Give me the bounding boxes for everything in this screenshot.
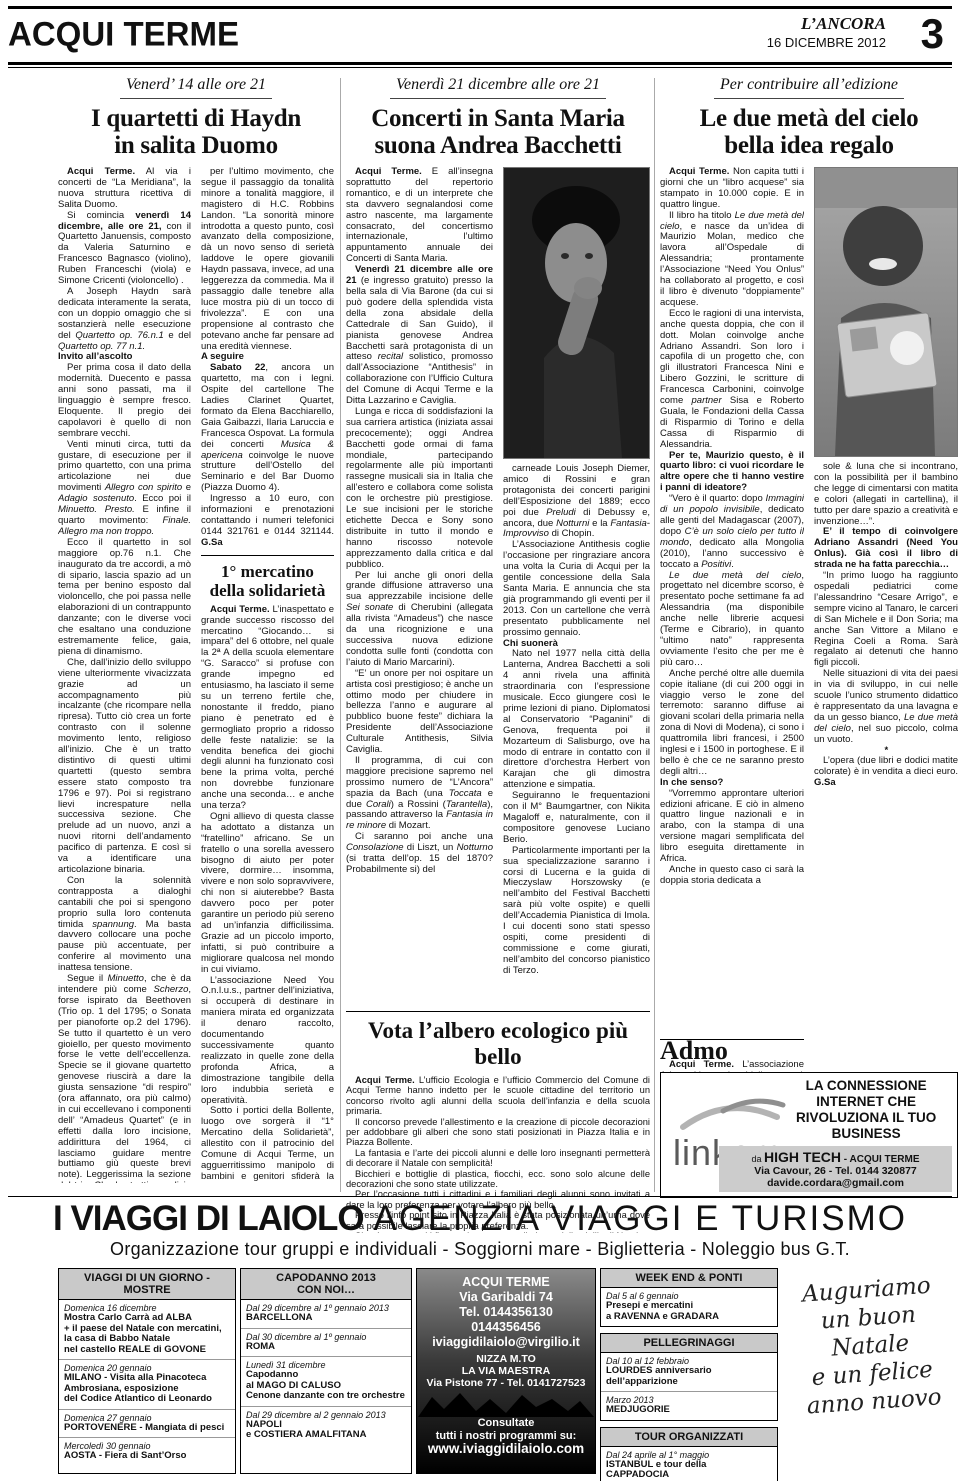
office-acqui: ACQUI TERMEVia Garibaldi 74Tel. 01443561… <box>417 1269 595 1350</box>
dealer-email: davide.cordara@gmail.com <box>723 1177 948 1189</box>
capodanno-header: CAPODANNO 2013CON NOI… <box>241 1269 411 1300</box>
dealer-address: Via Cavour, 26 - Tel. 0144 320877 <box>723 1165 948 1177</box>
weekend-box: WEEK END & PONTI Dal 5 al 6 gennaioPrese… <box>600 1268 778 1327</box>
page-number: 3 <box>921 10 944 58</box>
paragraph: Si comincia venerdì 14 dicembre, alle or… <box>58 211 191 287</box>
pellegrinaggi-list: Dal 10 al 12 febbraioLOURDES anniversari… <box>601 1353 777 1420</box>
cielo-column-2: sole & luna che si incontrano, con la po… <box>814 167 958 1083</box>
paragraph: E’ il tempo di coinvolgere Adriano Assan… <box>814 527 958 571</box>
tour-list: Dal 24 aprile al 1° maggioISTANBUL e tou… <box>601 1447 777 1481</box>
paragraph: Segue il Minuetto, che è da intendere pi… <box>58 974 191 1183</box>
trip-date: Dal 30 dicembre al 1º gennaio <box>246 1332 406 1342</box>
trip-item: Domenica 16 dicembreMostra Carlo Carrà a… <box>59 1300 235 1359</box>
paragraph: Il libro ha titolo Le due metà del cielo… <box>660 211 804 309</box>
newspaper-page: ACQUI TERME L’ANCORA 16 DICEMBRE 2012 3 … <box>0 0 960 1481</box>
linkem-ad[interactable]: linkem LA CONNESSIONE INTERNET CHE RIVOL… <box>660 1072 958 1198</box>
text-line: www.iviaggidilaiolo.com <box>417 1443 595 1456</box>
trip-item: Dal 30 dicembre al 1º gennaioROMA <box>241 1328 411 1357</box>
haydn-column-2: per l’ultimo movimento, che segue il pas… <box>201 167 334 1183</box>
day-trips-header: VIAGGI DI UN GIORNO - MOSTRE <box>59 1269 235 1300</box>
text-line: Tel. 0144356130 <box>417 1305 595 1320</box>
day-trips-box: VIAGGI DI UN GIORNO - MOSTRE Domenica 16… <box>58 1268 236 1474</box>
paragraph: Ecco le ragioni di una intervista, anche… <box>660 309 804 451</box>
paragraph: La fantasia e l’arte dei piccoli alunni … <box>346 1148 650 1169</box>
paragraph: Acqui Terme. L’ufficio Ecologia e l’uffi… <box>346 1075 650 1117</box>
paragraph: Bicchieri e bottiglie di plastica, fiocc… <box>346 1169 650 1190</box>
header-rule-thick <box>8 62 952 65</box>
paragraph: Per lui anche gli onori della grande dif… <box>346 571 493 669</box>
paragraph: per l’ultimo movimento, che segue il pas… <box>201 167 334 352</box>
paragraph: Venti minuti circa, tutti da gustare, di… <box>58 440 191 538</box>
office-nizza: NIZZA M.TOLA VIA MAESTRAVia Pistone 77 -… <box>417 1353 595 1389</box>
headline-admo: Admo <box>660 1046 804 1057</box>
text-line: Via Garibaldi 74 <box>417 1290 595 1305</box>
trip-destination: MILANO - Visita alla Pinacoteca <box>64 1373 230 1384</box>
trip-item: Marzo 2013MEDJUGORIE <box>601 1391 777 1420</box>
paragraph: carneade Louis Joseph Diemer, amico di R… <box>503 464 650 540</box>
capodanno-box: CAPODANNO 2013CON NOI… Dal 29 dicembre a… <box>240 1268 412 1474</box>
paragraph: Acqui Terme. L’inaspettato e grande succ… <box>201 605 334 812</box>
trip-destination: Cenone danzante con tre orchestre <box>246 1391 406 1402</box>
pellegrinaggi-box: PELLEGRINAGGI Dal 10 al 12 febbraioLOURD… <box>600 1333 778 1421</box>
trip-destination: ROMA <box>246 1342 406 1353</box>
header-rule-thin <box>8 67 952 68</box>
kicker-haydn: Venerd’ 14 alle ore 21 <box>58 76 334 99</box>
text-line: in salita Duomo <box>58 132 334 159</box>
trip-date: Domenica 27 gennaio <box>64 1413 230 1423</box>
trip-destination: Capodanno <box>246 1370 406 1381</box>
text-line: 0144356456 <box>417 1320 595 1335</box>
laiolo-tagline: AGENZIA VIAGGI E TURISMO <box>364 1199 907 1238</box>
paragraph: Sabato 22, ancora un quartetto, ma con i… <box>201 363 334 494</box>
pellegrinaggi-header: PELLEGRINAGGI <box>601 1334 777 1353</box>
tour-header: TOUR ORGANIZZATI <box>601 1428 777 1447</box>
trip-destination: e COSTIERA AMALFITANA <box>246 1430 406 1441</box>
paragraph: Nelle situazioni di vita dei paesi in vi… <box>814 669 958 745</box>
paragraph: Acqui Terme. Al via i concerti de “La Me… <box>58 167 191 211</box>
cielo-column-1-text: Acqui Terme. Non capita tutti i giorni c… <box>660 167 804 1033</box>
text-line: I quartetti di Haydn <box>58 105 334 132</box>
paragraph: “Vero è il quarto: dopo Immagini di un p… <box>660 494 804 570</box>
paragraph: L’opera (due libri e dodici matite color… <box>814 756 958 789</box>
season-greeting: Auguriamoun buonNatalee un feliceanno nu… <box>779 1262 960 1422</box>
headline-cielo: Le due metà del cielobella idea regalo <box>660 105 958 159</box>
trip-destination: LOURDES anniversario dell’apparizione <box>606 1366 772 1387</box>
trip-item: Dal 10 al 12 febbraioLOURDES anniversari… <box>601 1353 777 1391</box>
paragraph: Venerdì 21 dicembre alle ore 21 (e ingre… <box>346 265 493 407</box>
mountains-graphic <box>418 1391 594 1417</box>
trip-item: Dal 29 dicembre al 1º gennaio 2013BARCEL… <box>241 1300 411 1328</box>
column-rule-right <box>654 78 655 1192</box>
trip-destination: a RAVENNA e GRADARA <box>606 1312 772 1323</box>
trip-destination: ISTANBUL e tour della CAPPADOCIA <box>606 1460 772 1481</box>
text-line: Via Pistone 77 - Tel. 0141727523 <box>417 1377 595 1389</box>
paragraph: Che, dall’inizio dello sviluppo viene ul… <box>58 658 191 876</box>
issue-date: 16 DICEMBRE 2012 <box>767 35 886 50</box>
paragraph: Lunga e ricca di soddisfazioni la sua ca… <box>346 407 493 571</box>
banner-rule <box>8 1196 952 1197</box>
trip-destination: Presepi e mercatini <box>606 1301 772 1312</box>
haydn-column-2-text: per l’ultimo movimento, che segue il pas… <box>201 167 334 549</box>
paragraph: Particolarmente importanti per la sua sp… <box>503 846 650 977</box>
trip-item: Lunedì 31 dicembreCapodannoal MAGO DI CA… <box>241 1356 411 1406</box>
paragraph: Anche perché oltre alle duemila copie it… <box>660 669 804 778</box>
paragraph: “Vorremmo approntare ulteriori edizioni … <box>660 789 804 865</box>
paragraph: Ogni allievo di questa classe ha adottat… <box>201 812 334 976</box>
trip-destination: del Codice Atlantico di Leonardo <box>64 1394 230 1405</box>
paragraph: Ci saranno poi anche una Consolazione di… <box>346 832 493 876</box>
paragraph: Seguiranno le frequentazioni con il M° B… <box>503 791 650 846</box>
paragraph: Per te, Maurizio questo, è il quarto lib… <box>660 451 804 495</box>
greeting-column: Auguriamoun buonNatalee un feliceanno nu… <box>784 1268 956 1474</box>
trip-destination: AOSTA - Fiera di Sant’Orso <box>64 1451 230 1462</box>
headline-bacchetti: Concerti in Santa Mariasuona Andrea Bacc… <box>346 105 650 159</box>
paper-name: L’ANCORA <box>767 14 886 34</box>
bacchetti-portrait-photo <box>503 167 650 459</box>
child-with-book-photo <box>814 167 958 457</box>
dealer-name: da HIGH TECH - ACQUI TERME <box>723 1149 948 1165</box>
text-line: CON NOI… <box>243 1284 409 1296</box>
paragraph: Le due metà del cielo, progettato nel di… <box>660 571 804 669</box>
text-line: ACQUI TERME <box>417 1275 595 1290</box>
paragraph: L’associazione Need You O.n.l.u.s., part… <box>201 976 334 1107</box>
haydn-column-1: Acqui Terme. Al via i concerti de “La Me… <box>58 167 191 1183</box>
text-line: LA VIA MAESTRA <box>417 1365 595 1377</box>
paragraph: Acqui Terme. È all’insegna soprattutto d… <box>346 167 493 265</box>
text-line: Consultate <box>417 1417 595 1430</box>
vota-divider <box>346 1011 650 1012</box>
trip-destination: nel castello REALE di GOVONE <box>64 1345 230 1356</box>
trip-destination: la casa di Babbo Natale <box>64 1334 230 1345</box>
trip-destination: Mostra Carlo Carrà ad ALBA <box>64 1313 230 1324</box>
article-haydn: Venerd’ 14 alle ore 21 I quartetti di Ha… <box>58 76 334 1194</box>
trip-destination: PORTOVENERE - Mangiata di pesci <box>64 1423 230 1434</box>
laiolo-banner[interactable]: I VIAGGI DI LAIOLO AGENZIA VIAGGI E TURI… <box>0 1201 960 1260</box>
trip-item: Domenica 20 gennaioMILANO - Visita alla … <box>59 1359 235 1409</box>
text-line: 1° mercatino <box>201 562 334 581</box>
trip-date: Dal 29 dicembre al 2 gennaio 2013 <box>246 1410 406 1420</box>
text-line: bella idea regalo <box>660 132 958 159</box>
paragraph: A Joseph Haydn sarà dedicata interamente… <box>58 287 191 352</box>
weekend-header: WEEK END & PONTI <box>601 1269 777 1288</box>
kicker-cielo: Per contribuire all’edizione <box>660 76 958 99</box>
masthead: L’ANCORA 16 DICEMBRE 2012 <box>767 14 886 50</box>
article-bacchetti: Venerdì 21 dicembre alle ore 21 Concerti… <box>346 76 650 1194</box>
text-line: CAPODANNO 2013 <box>243 1272 409 1284</box>
trip-item: Domenica 27 gennaioPORTOVENERE - Mangiat… <box>59 1409 235 1438</box>
paragraph: “E’ un onore per noi ospitare un artista… <box>346 669 493 756</box>
kicker-bacchetti: Venerdì 21 dicembre alle ore 21 <box>346 76 650 99</box>
paragraph: Acqui Terme. Non capita tutti i giorni c… <box>660 167 804 211</box>
trip-item: Dal 5 al 6 gennaioPresepi e mercatinia R… <box>601 1288 777 1326</box>
paragraph: Anche in questo caso ci sarà la doppia s… <box>660 865 804 887</box>
top-rule <box>8 6 952 9</box>
trip-destination: BARCELLONA <box>246 1313 406 1324</box>
paragraph: Con la solennità contrapposta a dialoghi… <box>58 876 191 974</box>
trip-item: Dal 24 aprile al 1° maggioISTANBUL e tou… <box>601 1447 777 1481</box>
text-line: suona Andrea Bacchetti <box>346 132 650 159</box>
bacchetti-column-1: Acqui Terme. È all’insegna soprattutto d… <box>346 167 493 1005</box>
paragraph: Nato nel 1977 nella città della Lanterna… <box>503 649 650 791</box>
text-line: della solidarietà <box>201 581 334 600</box>
tour-box: TOUR ORGANIZZATI Dal 24 aprile al 1° mag… <box>600 1427 778 1481</box>
hightech-dealer-band: da HIGH TECH - ACQUI TERME Via Cavour, 2… <box>719 1146 952 1192</box>
headline-mercatino: 1° mercatinodella solidarietà <box>201 562 334 600</box>
text-line: iviaggidilaiolo@virgilio.it <box>417 1335 595 1350</box>
column-rule-left <box>340 78 341 1192</box>
mercatino-divider <box>201 555 334 556</box>
capodanno-list: Dal 29 dicembre al 1º gennaio 2013BARCEL… <box>241 1300 411 1445</box>
text-line: Concerti in Santa Maria <box>346 105 650 132</box>
weekend-column: WEEK END & PONTI Dal 5 al 6 gennaioPrese… <box>600 1268 778 1474</box>
paragraph: Il concorso prevede l’allestimento e la … <box>346 1117 650 1148</box>
cielo-column-1: Acqui Terme. Non capita tutti i giorni c… <box>660 167 804 1183</box>
laiolo-subtitle: Organizzazione tour gruppi e individuali… <box>0 1239 960 1260</box>
paragraph: L’Associazione Antithesis coglie l’occas… <box>503 540 650 638</box>
trip-item: Mercoledì 30 gennaioAOSTA - Fiera di San… <box>59 1437 235 1466</box>
paragraph: “In primo luogo ha raggiunto ospedali pe… <box>814 571 958 669</box>
agency-website[interactable]: Consultatetutti i nostri programmi su:ww… <box>417 1417 595 1456</box>
text-line: Le due metà del cielo <box>660 105 958 132</box>
trip-date: Dal 24 aprile al 1° maggio <box>606 1450 772 1460</box>
mercatino-text: Acqui Terme. L’inaspettato e grande succ… <box>201 605 334 1183</box>
cielo-column-2-text: sole & luna che si incontrano, con la po… <box>814 462 958 789</box>
paragraph: Per prima cosa il dato della modernità. … <box>58 363 191 439</box>
page-header: ACQUI TERME L’ANCORA 16 DICEMBRE 2012 3 <box>8 14 952 58</box>
agency-contacts-box: ACQUI TERMEVia Garibaldi 74Tel. 01443561… <box>416 1268 596 1474</box>
laiolo-brand: I VIAGGI DI LAIOLO <box>53 1199 364 1238</box>
paragraph: sole & luna che si incontrano, con la po… <box>814 462 958 527</box>
paragraph: Il programma, di cui con maggiore precis… <box>346 756 493 832</box>
weekend-list: Dal 5 al 6 gennaioPresepi e mercatinia R… <box>601 1288 777 1326</box>
trip-item: Dal 29 dicembre al 2 gennaio 2013NAPOLIe… <box>241 1406 411 1445</box>
headline-vota: Vota l’albero ecologico più bello <box>346 1018 650 1070</box>
paragraph: Ingresso a 10 euro, con informazioni e p… <box>201 494 334 549</box>
linkem-ad-headline: LA CONNESSIONE INTERNET CHE RIVOLUZIONA … <box>780 1078 952 1142</box>
bacchetti-column-2: carneade Louis Joseph Diemer, amico di R… <box>503 167 650 1005</box>
article-cielo: Per contribuire all’edizione Le due metà… <box>660 76 958 1194</box>
headline-haydn: I quartetti di Haydnin salita Duomo <box>58 105 334 159</box>
paragraph: Sotto i portici della Bollente, luogo ov… <box>201 1106 334 1183</box>
trip-destination: MEDJUGORIE <box>606 1405 772 1416</box>
text-line: NIZZA M.TO <box>417 1353 595 1365</box>
bacchetti-column-2-text: carneade Louis Joseph Diemer, amico di R… <box>503 464 650 977</box>
paragraph: Ecco il quartetto in sol maggiore op.76 … <box>58 538 191 658</box>
day-trips-list: Domenica 16 dicembreMostra Carlo Carrà a… <box>59 1300 235 1466</box>
